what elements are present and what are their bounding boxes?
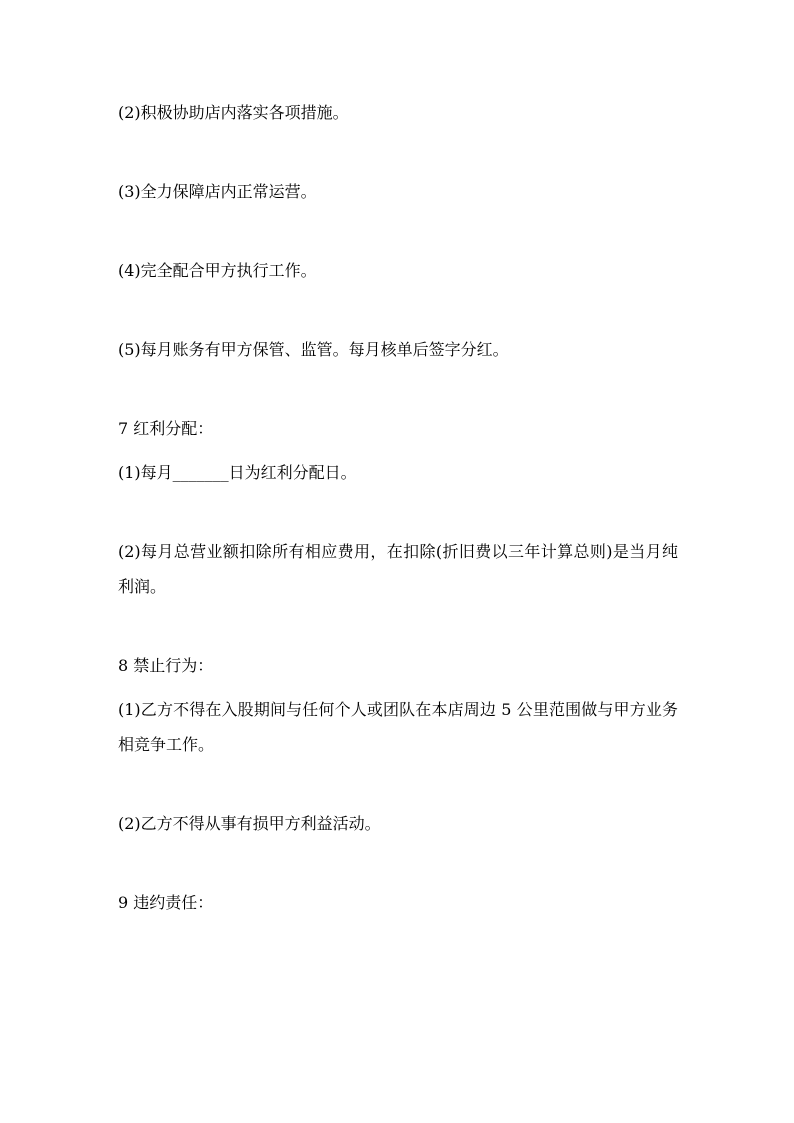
clause-item: (5)每月账务有甲方保管、监管。每月核单后签字分红。 <box>118 332 678 367</box>
section-heading: 7 红利分配： <box>118 411 678 446</box>
clause-item: (3)全力保障店内正常运营。 <box>118 174 678 209</box>
clause-item: (2)每月总营业额扣除所有相应费用，在扣除(折旧费以三年计算总则)是当月纯利润。 <box>118 534 678 604</box>
section-breach-liability: 9 违约责任： <box>118 885 678 920</box>
clause-item: (4)完全配合甲方执行工作。 <box>118 253 678 288</box>
section-clause: (3)全力保障店内正常运营。 <box>118 174 678 209</box>
section-prohibited-conduct: 8 禁止行为： (1)乙方不得在入股期间与任何个人或团队在本店周边 5 公里范围… <box>118 648 678 762</box>
section-heading: 8 禁止行为： <box>118 648 678 683</box>
clause-item: (2)积极协助店内落实各项措施。 <box>118 95 678 130</box>
section-clause: (5)每月账务有甲方保管、监管。每月核单后签字分红。 <box>118 332 678 367</box>
clause-item: (2)乙方不得从事有损甲方利益活动。 <box>118 806 678 841</box>
section-clause: (2)积极协助店内落实各项措施。 <box>118 95 678 130</box>
section-clause: (2)乙方不得从事有损甲方利益活动。 <box>118 806 678 841</box>
section-clause: (4)完全配合甲方执行工作。 <box>118 253 678 288</box>
clause-item: (1)乙方不得在入股期间与任何个人或团队在本店周边 5 公里范围做与甲方业务相竞… <box>118 692 678 762</box>
section-heading: 9 违约责任： <box>118 885 678 920</box>
document-content: (2)积极协助店内落实各项措施。 (3)全力保障店内正常运营。 (4)完全配合甲… <box>118 95 678 929</box>
section-clause: (2)每月总营业额扣除所有相应费用，在扣除(折旧费以三年计算总则)是当月纯利润。 <box>118 534 678 604</box>
document-page: (2)积极协助店内落实各项措施。 (3)全力保障店内正常运营。 (4)完全配合甲… <box>0 0 794 1123</box>
section-dividend-distribution: 7 红利分配： (1)每月_______日为红利分配日。 <box>118 411 678 490</box>
clause-item-with-blank: (1)每月_______日为红利分配日。 <box>118 455 678 490</box>
